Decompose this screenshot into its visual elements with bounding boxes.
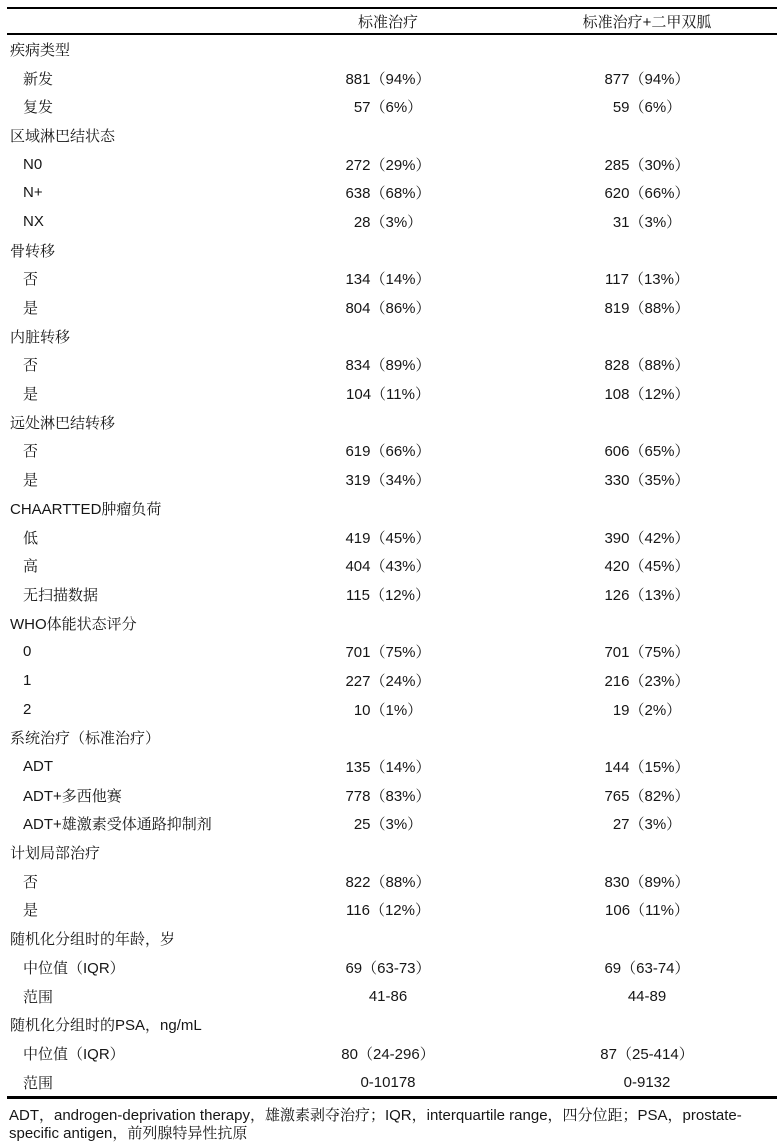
value-standard-plus-metformin: 819（88%） <box>517 293 777 322</box>
value-standard-treatment: 115（12%） <box>259 580 517 609</box>
row-label: 疾病类型 <box>7 34 259 64</box>
row-label: N0 <box>7 150 259 179</box>
value-standard-plus-metformin: 31（3%） <box>517 207 777 236</box>
section-row: 远处淋巴结转移 <box>7 408 777 437</box>
row-label: N+ <box>7 178 259 207</box>
table-row: 否822（88%）830（89%） <box>7 867 777 896</box>
table-row: 中位值（IQR）69（63-73）69（63-74） <box>7 953 777 982</box>
value-standard-treatment: 69（63-73） <box>259 953 517 982</box>
table-row: 低419（45%）390（42%） <box>7 523 777 552</box>
row-label: 远处淋巴结转移 <box>7 408 259 437</box>
value-standard-treatment: 319（34%） <box>259 465 517 494</box>
value-standard-treatment: 10（1%） <box>259 695 517 724</box>
value-standard-treatment: 619（66%） <box>259 437 517 466</box>
value-standard-plus-metformin: 44-89 <box>517 982 777 1011</box>
table-row: 新发881（94%）877（94%） <box>7 64 777 93</box>
value-standard-treatment <box>259 494 517 523</box>
row-label: 是 <box>7 293 259 322</box>
row-label: WHO体能状态评分 <box>7 609 259 638</box>
value-standard-plus-metformin: 106（11%） <box>517 896 777 925</box>
value-standard-plus-metformin <box>517 494 777 523</box>
value-standard-plus-metformin <box>517 924 777 953</box>
row-label: 区域淋巴结状态 <box>7 121 259 150</box>
value-standard-treatment: 41-86 <box>259 982 517 1011</box>
row-label: 1 <box>7 666 259 695</box>
value-standard-plus-metformin: 87（25-414） <box>517 1039 777 1068</box>
value-standard-treatment: 0-10178 <box>259 1068 517 1098</box>
row-label: 是 <box>7 465 259 494</box>
table-row: 高404（43%）420（45%） <box>7 551 777 580</box>
row-label: NX <box>7 207 259 236</box>
table-row: 1227（24%）216（23%） <box>7 666 777 695</box>
value-standard-treatment <box>259 924 517 953</box>
section-row: 随机化分组时的PSA，ng/mL <box>7 1010 777 1039</box>
value-standard-treatment: 25（3%） <box>259 810 517 839</box>
value-standard-plus-metformin: 765（82%） <box>517 781 777 810</box>
table-row: 是804（86%）819（88%） <box>7 293 777 322</box>
value-standard-treatment: 881（94%） <box>259 64 517 93</box>
value-standard-treatment: 57（6%） <box>259 92 517 121</box>
value-standard-treatment: 778（83%） <box>259 781 517 810</box>
value-standard-treatment <box>259 724 517 753</box>
section-row: 疾病类型 <box>7 34 777 64</box>
table-row: 是319（34%）330（35%） <box>7 465 777 494</box>
row-label: 是 <box>7 896 259 925</box>
value-standard-treatment: 134（14%） <box>259 265 517 294</box>
value-standard-treatment: 28（3%） <box>259 207 517 236</box>
value-standard-treatment <box>259 236 517 265</box>
section-row: 区域淋巴结状态 <box>7 121 777 150</box>
row-label: 范围 <box>7 1068 259 1098</box>
row-label: 否 <box>7 437 259 466</box>
row-label: 范围 <box>7 982 259 1011</box>
value-standard-treatment: 116（12%） <box>259 896 517 925</box>
value-standard-plus-metformin: 69（63-74） <box>517 953 777 982</box>
value-standard-plus-metformin: 59（6%） <box>517 92 777 121</box>
value-standard-plus-metformin: 620（66%） <box>517 178 777 207</box>
row-label: 高 <box>7 551 259 580</box>
header-cell-empty <box>7 8 259 34</box>
value-standard-treatment <box>259 322 517 351</box>
header-cell-standard-treatment: 标准治疗 <box>259 8 517 34</box>
table-row: 无扫描数据115（12%）126（13%） <box>7 580 777 609</box>
table-row: 范围0-101780-9132 <box>7 1068 777 1098</box>
value-standard-treatment <box>259 34 517 64</box>
value-standard-plus-metformin: 828（88%） <box>517 351 777 380</box>
value-standard-treatment: 272（29%） <box>259 150 517 179</box>
value-standard-plus-metformin: 606（65%） <box>517 437 777 466</box>
value-standard-plus-metformin: 27（3%） <box>517 810 777 839</box>
table-row: 复发57（6%）59（6%） <box>7 92 777 121</box>
value-standard-plus-metformin: 216（23%） <box>517 666 777 695</box>
value-standard-treatment: 638（68%） <box>259 178 517 207</box>
table-row: 是116（12%）106（11%） <box>7 896 777 925</box>
value-standard-plus-metformin: 126（13%） <box>517 580 777 609</box>
row-label: 否 <box>7 351 259 380</box>
row-label: 无扫描数据 <box>7 580 259 609</box>
header-row: 标准治疗 标准治疗+二甲双胍 <box>7 8 777 34</box>
row-label: ADT <box>7 752 259 781</box>
table-body: 疾病类型新发881（94%）877（94%）复发57（6%）59（6%）区域淋巴… <box>7 34 777 1098</box>
table-row: 中位值（IQR）80（24-296）87（25-414） <box>7 1039 777 1068</box>
table-row: ADT135（14%）144（15%） <box>7 752 777 781</box>
value-standard-plus-metformin: 144（15%） <box>517 752 777 781</box>
row-label: 低 <box>7 523 259 552</box>
value-standard-treatment <box>259 1010 517 1039</box>
table-row: 范围41-8644-89 <box>7 982 777 1011</box>
value-standard-plus-metformin: 117（13%） <box>517 265 777 294</box>
header-cell-standard-plus-metformin: 标准治疗+二甲双胍 <box>517 8 777 34</box>
page: 标准治疗 标准治疗+二甲双胍 疾病类型新发881（94%）877（94%）复发5… <box>0 0 784 1143</box>
table-row: 否834（89%）828（88%） <box>7 351 777 380</box>
value-standard-plus-metformin: 390（42%） <box>517 523 777 552</box>
section-row: 随机化分组时的年龄，岁 <box>7 924 777 953</box>
table-row: 否134（14%）117（13%） <box>7 265 777 294</box>
value-standard-treatment: 804（86%） <box>259 293 517 322</box>
row-label: 复发 <box>7 92 259 121</box>
section-row: CHAARTTED肿瘤负荷 <box>7 494 777 523</box>
table-row: 否619（66%）606（65%） <box>7 437 777 466</box>
value-standard-treatment: 227（24%） <box>259 666 517 695</box>
section-row: WHO体能状态评分 <box>7 609 777 638</box>
section-row: 骨转移 <box>7 236 777 265</box>
row-label: ADT+多西他赛 <box>7 781 259 810</box>
table-row: 是104（11%）108（12%） <box>7 379 777 408</box>
table-row: NX28（3%）31（3%） <box>7 207 777 236</box>
table-row: 0701（75%）701（75%） <box>7 637 777 666</box>
table-row: 210（1%）19（2%） <box>7 695 777 724</box>
value-standard-plus-metformin: 285（30%） <box>517 150 777 179</box>
section-row: 内脏转移 <box>7 322 777 351</box>
table-row: N0272（29%）285（30%） <box>7 150 777 179</box>
value-standard-plus-metformin: 108（12%） <box>517 379 777 408</box>
value-standard-plus-metformin <box>517 1010 777 1039</box>
value-standard-plus-metformin <box>517 724 777 753</box>
row-label: 2 <box>7 695 259 724</box>
value-standard-plus-metformin <box>517 121 777 150</box>
section-row: 计划局部治疗 <box>7 838 777 867</box>
value-standard-treatment: 701（75%） <box>259 637 517 666</box>
row-label: 中位值（IQR） <box>7 953 259 982</box>
row-label: 新发 <box>7 64 259 93</box>
value-standard-treatment: 135（14%） <box>259 752 517 781</box>
value-standard-plus-metformin: 877（94%） <box>517 64 777 93</box>
table-header: 标准治疗 标准治疗+二甲双胍 <box>7 8 777 34</box>
value-standard-plus-metformin <box>517 408 777 437</box>
value-standard-treatment: 80（24-296） <box>259 1039 517 1068</box>
section-row: 系统治疗（标准治疗） <box>7 724 777 753</box>
value-standard-plus-metformin <box>517 236 777 265</box>
value-standard-plus-metformin: 830（89%） <box>517 867 777 896</box>
row-label: 骨转移 <box>7 236 259 265</box>
table-row: ADT+雄激素受体通路抑制剂25（3%）27（3%） <box>7 810 777 839</box>
value-standard-treatment: 104（11%） <box>259 379 517 408</box>
row-label: ADT+雄激素受体通路抑制剂 <box>7 810 259 839</box>
row-label: 随机化分组时的年龄，岁 <box>7 924 259 953</box>
value-standard-plus-metformin: 19（2%） <box>517 695 777 724</box>
value-standard-treatment <box>259 838 517 867</box>
value-standard-treatment: 822（88%） <box>259 867 517 896</box>
value-standard-treatment: 404（43%） <box>259 551 517 580</box>
value-standard-plus-metformin <box>517 322 777 351</box>
value-standard-plus-metformin: 701（75%） <box>517 637 777 666</box>
table-row: ADT+多西他赛778（83%）765（82%） <box>7 781 777 810</box>
row-label: 系统治疗（标准治疗） <box>7 724 259 753</box>
table-footnote: ADT，androgen-deprivation therapy，雄激素剥夺治疗… <box>7 1099 779 1143</box>
value-standard-treatment: 834（89%） <box>259 351 517 380</box>
row-label: 否 <box>7 265 259 294</box>
value-standard-plus-metformin <box>517 34 777 64</box>
value-standard-plus-metformin <box>517 609 777 638</box>
row-label: 中位值（IQR） <box>7 1039 259 1068</box>
row-label: 是 <box>7 379 259 408</box>
value-standard-treatment: 419（45%） <box>259 523 517 552</box>
table-row: N+638（68%）620（66%） <box>7 178 777 207</box>
row-label: 内脏转移 <box>7 322 259 351</box>
value-standard-plus-metformin <box>517 838 777 867</box>
row-label: 随机化分组时的PSA，ng/mL <box>7 1010 259 1039</box>
row-label: CHAARTTED肿瘤负荷 <box>7 494 259 523</box>
value-standard-plus-metformin: 420（45%） <box>517 551 777 580</box>
value-standard-plus-metformin: 330（35%） <box>517 465 777 494</box>
value-standard-treatment <box>259 408 517 437</box>
row-label: 计划局部治疗 <box>7 838 259 867</box>
row-label: 0 <box>7 637 259 666</box>
row-label: 否 <box>7 867 259 896</box>
baseline-characteristics-table: 标准治疗 标准治疗+二甲双胍 疾病类型新发881（94%）877（94%）复发5… <box>7 7 777 1099</box>
value-standard-treatment <box>259 609 517 638</box>
value-standard-treatment <box>259 121 517 150</box>
value-standard-plus-metformin: 0-9132 <box>517 1068 777 1098</box>
